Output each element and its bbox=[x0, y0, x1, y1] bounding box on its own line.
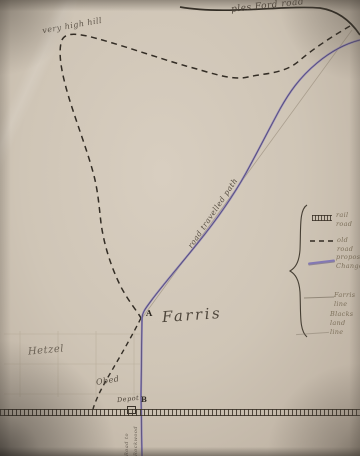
map-line-work bbox=[0, 0, 360, 456]
legend-label-rail-road: rail road bbox=[336, 211, 360, 229]
legend-brace bbox=[290, 205, 307, 337]
farris-survey-line bbox=[142, 30, 352, 318]
railroad-track bbox=[0, 409, 360, 416]
label-farris: Farris bbox=[162, 306, 223, 325]
label-road-to: Road to bbox=[124, 424, 130, 456]
survey-map-photo: very high hill ples Ford road road trave… bbox=[0, 0, 360, 456]
label-rockwood: Rockwood bbox=[133, 420, 139, 456]
legend-label-blacks-land-line: Blacks land line bbox=[330, 310, 360, 337]
depot-building-symbol bbox=[127, 406, 136, 414]
legend-label-old-road: old road bbox=[337, 236, 360, 254]
label-point-b: B bbox=[141, 396, 147, 403]
legend-label-proposed-change: proposed Change bbox=[336, 253, 360, 271]
proposed-change-line bbox=[141, 40, 360, 456]
ford-road-line bbox=[180, 7, 360, 35]
legend-dashed-symbol bbox=[310, 240, 334, 242]
label-point-a: A bbox=[146, 309, 153, 317]
legend-label-farris-line: Farris line bbox=[334, 291, 360, 309]
proposed-change-line-core bbox=[141, 40, 360, 456]
legend-railroad-symbol bbox=[312, 215, 332, 221]
old-road-dashed-upper bbox=[60, 26, 350, 318]
pencil-grid bbox=[4, 331, 140, 397]
